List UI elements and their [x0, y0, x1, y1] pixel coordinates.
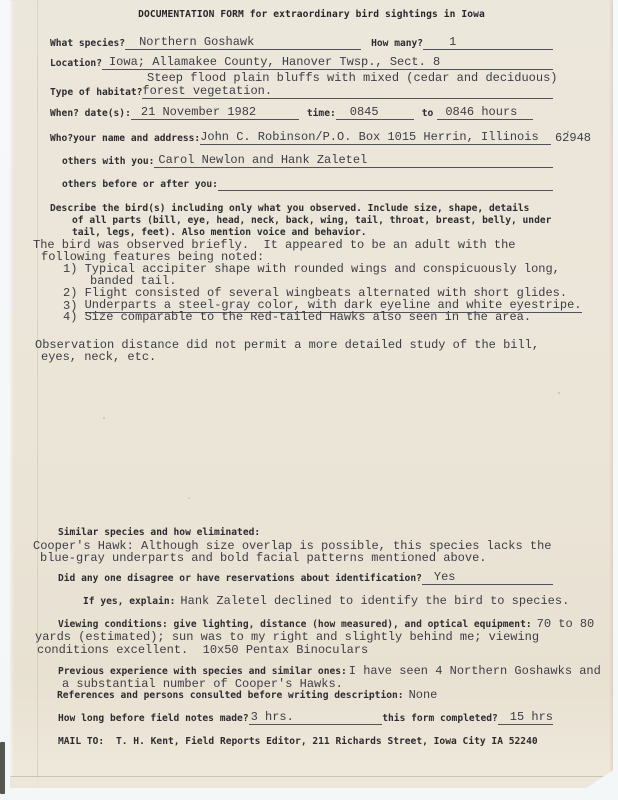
describe-prompt-line2: of all parts (bill, eye, head, neck, bac…: [72, 215, 551, 227]
paper-speck: [530, 601, 532, 603]
paper-speck: [567, 131, 569, 133]
who-value: John C. Robinson/P.O. Box 1015 Herrin, I…: [200, 131, 551, 145]
paper-speck: [103, 417, 105, 419]
similar-species-heading-text: Similar species and how eliminated:: [58, 527, 260, 539]
time-to-value: 0846 hours: [437, 106, 533, 120]
form-page: DOCUMENTATION FORM for extraordinary bir…: [10, 0, 613, 788]
mail-to-label: MAIL TO:: [58, 736, 110, 748]
similar-species-heading: Similar species and how eliminated:: [58, 527, 260, 539]
when-label: When? date(s):: [50, 108, 131, 120]
location-value: Iowa; Allamakee County, Hanover Twsp., S…: [102, 56, 553, 70]
others-with-value: Carol Newlon and Hank Zaletel: [154, 154, 553, 168]
describe-prompt-text1: Describe the bird(s) including only what…: [50, 203, 529, 215]
how-many-value: 1: [423, 36, 553, 50]
similar-species-line2: blue-gray underparts and bold facial pat…: [40, 552, 486, 565]
feature-item-4: 4) Size comparable to the Red-tailed Haw…: [63, 311, 531, 324]
time-label: time:: [307, 108, 336, 120]
scan-edge-mark: [0, 742, 5, 794]
field-row-habitat: Type of habitat? forest vegetation.: [50, 85, 553, 99]
others-before-value: [218, 190, 553, 191]
feature-item-4-text: 4) Size comparable to the Red-tailed Haw…: [63, 311, 531, 324]
field-row-references: References and persons consulted before …: [57, 689, 437, 702]
viewing-text3: conditions excellent. 10x50 Pentax Binoc…: [37, 644, 368, 657]
field-row-others-with: others with you: Carol Newlon and Hank Z…: [62, 154, 553, 168]
paper-fold-line: [37, 0, 38, 788]
species-value: Northern Goshawk: [125, 36, 361, 50]
previous-value: I have seen 4 Northern Goshawks and: [349, 665, 601, 678]
field-row-disagree: Did any one disagree or have reservation…: [58, 571, 553, 585]
field-row-explain: If yes, explain: Hank Zaletel declined t…: [83, 595, 569, 608]
field-notes-label: How long before field notes made?: [58, 713, 249, 725]
viewing-line3: conditions excellent. 10x50 Pentax Binoc…: [37, 644, 368, 657]
paper-speck: [558, 392, 560, 394]
similar-species-text2: blue-gray underparts and bold facial pat…: [40, 552, 486, 565]
field-notes-value: 3 hrs.: [249, 711, 383, 725]
explain-label: If yes, explain:: [83, 596, 175, 608]
disagree-label: Did any one disagree or have reservation…: [58, 573, 422, 585]
time-from-value: 0845: [336, 106, 414, 120]
how-many-label: How many?: [371, 38, 423, 50]
field-row-timing: How long before field notes made? 3 hrs.…: [58, 711, 553, 725]
form-title: DOCUMENTATION FORM for extraordinary bir…: [10, 9, 613, 20]
field-row-who: Who?your name and address: John C. Robin…: [50, 131, 591, 145]
paper-crease-shade: [10, 777, 613, 788]
when-date-value: 21 November 1982: [131, 106, 299, 120]
field-row-others-before: others before or after you:: [62, 179, 553, 191]
paper-speck: [188, 497, 190, 499]
species-label: What species?: [50, 38, 125, 50]
mail-to-row: MAIL TO: T. H. Kent, Field Reports Edito…: [58, 736, 538, 748]
field-row-location: Location? Iowa; Allamakee County, Hanove…: [50, 56, 553, 70]
form-completed-value: 15 hrs: [498, 711, 553, 725]
habitat-value: forest vegetation.: [142, 85, 553, 99]
describe-prompt-text2: of all parts (bill, eye, head, neck, bac…: [72, 215, 551, 227]
observation-text2: eyes, neck, etc.: [41, 351, 156, 364]
viewing-value: 70 to 80: [537, 618, 595, 631]
scanned-document: { "colors":{"paper":"#ebe5d8","ink_typed…: [0, 0, 618, 800]
others-before-label: others before or after you:: [62, 179, 218, 191]
habitat-label: Type of habitat?: [50, 87, 142, 99]
field-row-species: What species? Northern Goshawk How many?…: [50, 36, 553, 50]
describe-prompt-line1: Describe the bird(s) including only what…: [50, 203, 529, 215]
others-with-label: others with you:: [62, 156, 154, 168]
references-value: None: [409, 689, 438, 702]
explain-value: Hank Zaletel declined to identify the bi…: [180, 595, 569, 608]
who-label: Who?your name and address:: [50, 133, 200, 145]
form-completed-label: this form completed?: [382, 713, 498, 725]
location-label: Location?: [50, 58, 102, 70]
field-row-when: When? date(s): 21 November 1982 time: 08…: [50, 106, 533, 120]
disagree-value: Yes: [422, 571, 553, 585]
mail-to-value: T. H. Kent, Field Reports Editor, 211 Ri…: [116, 736, 538, 748]
to-label: to: [422, 108, 434, 120]
references-label: References and persons consulted before …: [57, 690, 404, 702]
who-value-suffix: 62948: [555, 132, 591, 145]
observation-line2: eyes, neck, etc.: [41, 351, 156, 364]
